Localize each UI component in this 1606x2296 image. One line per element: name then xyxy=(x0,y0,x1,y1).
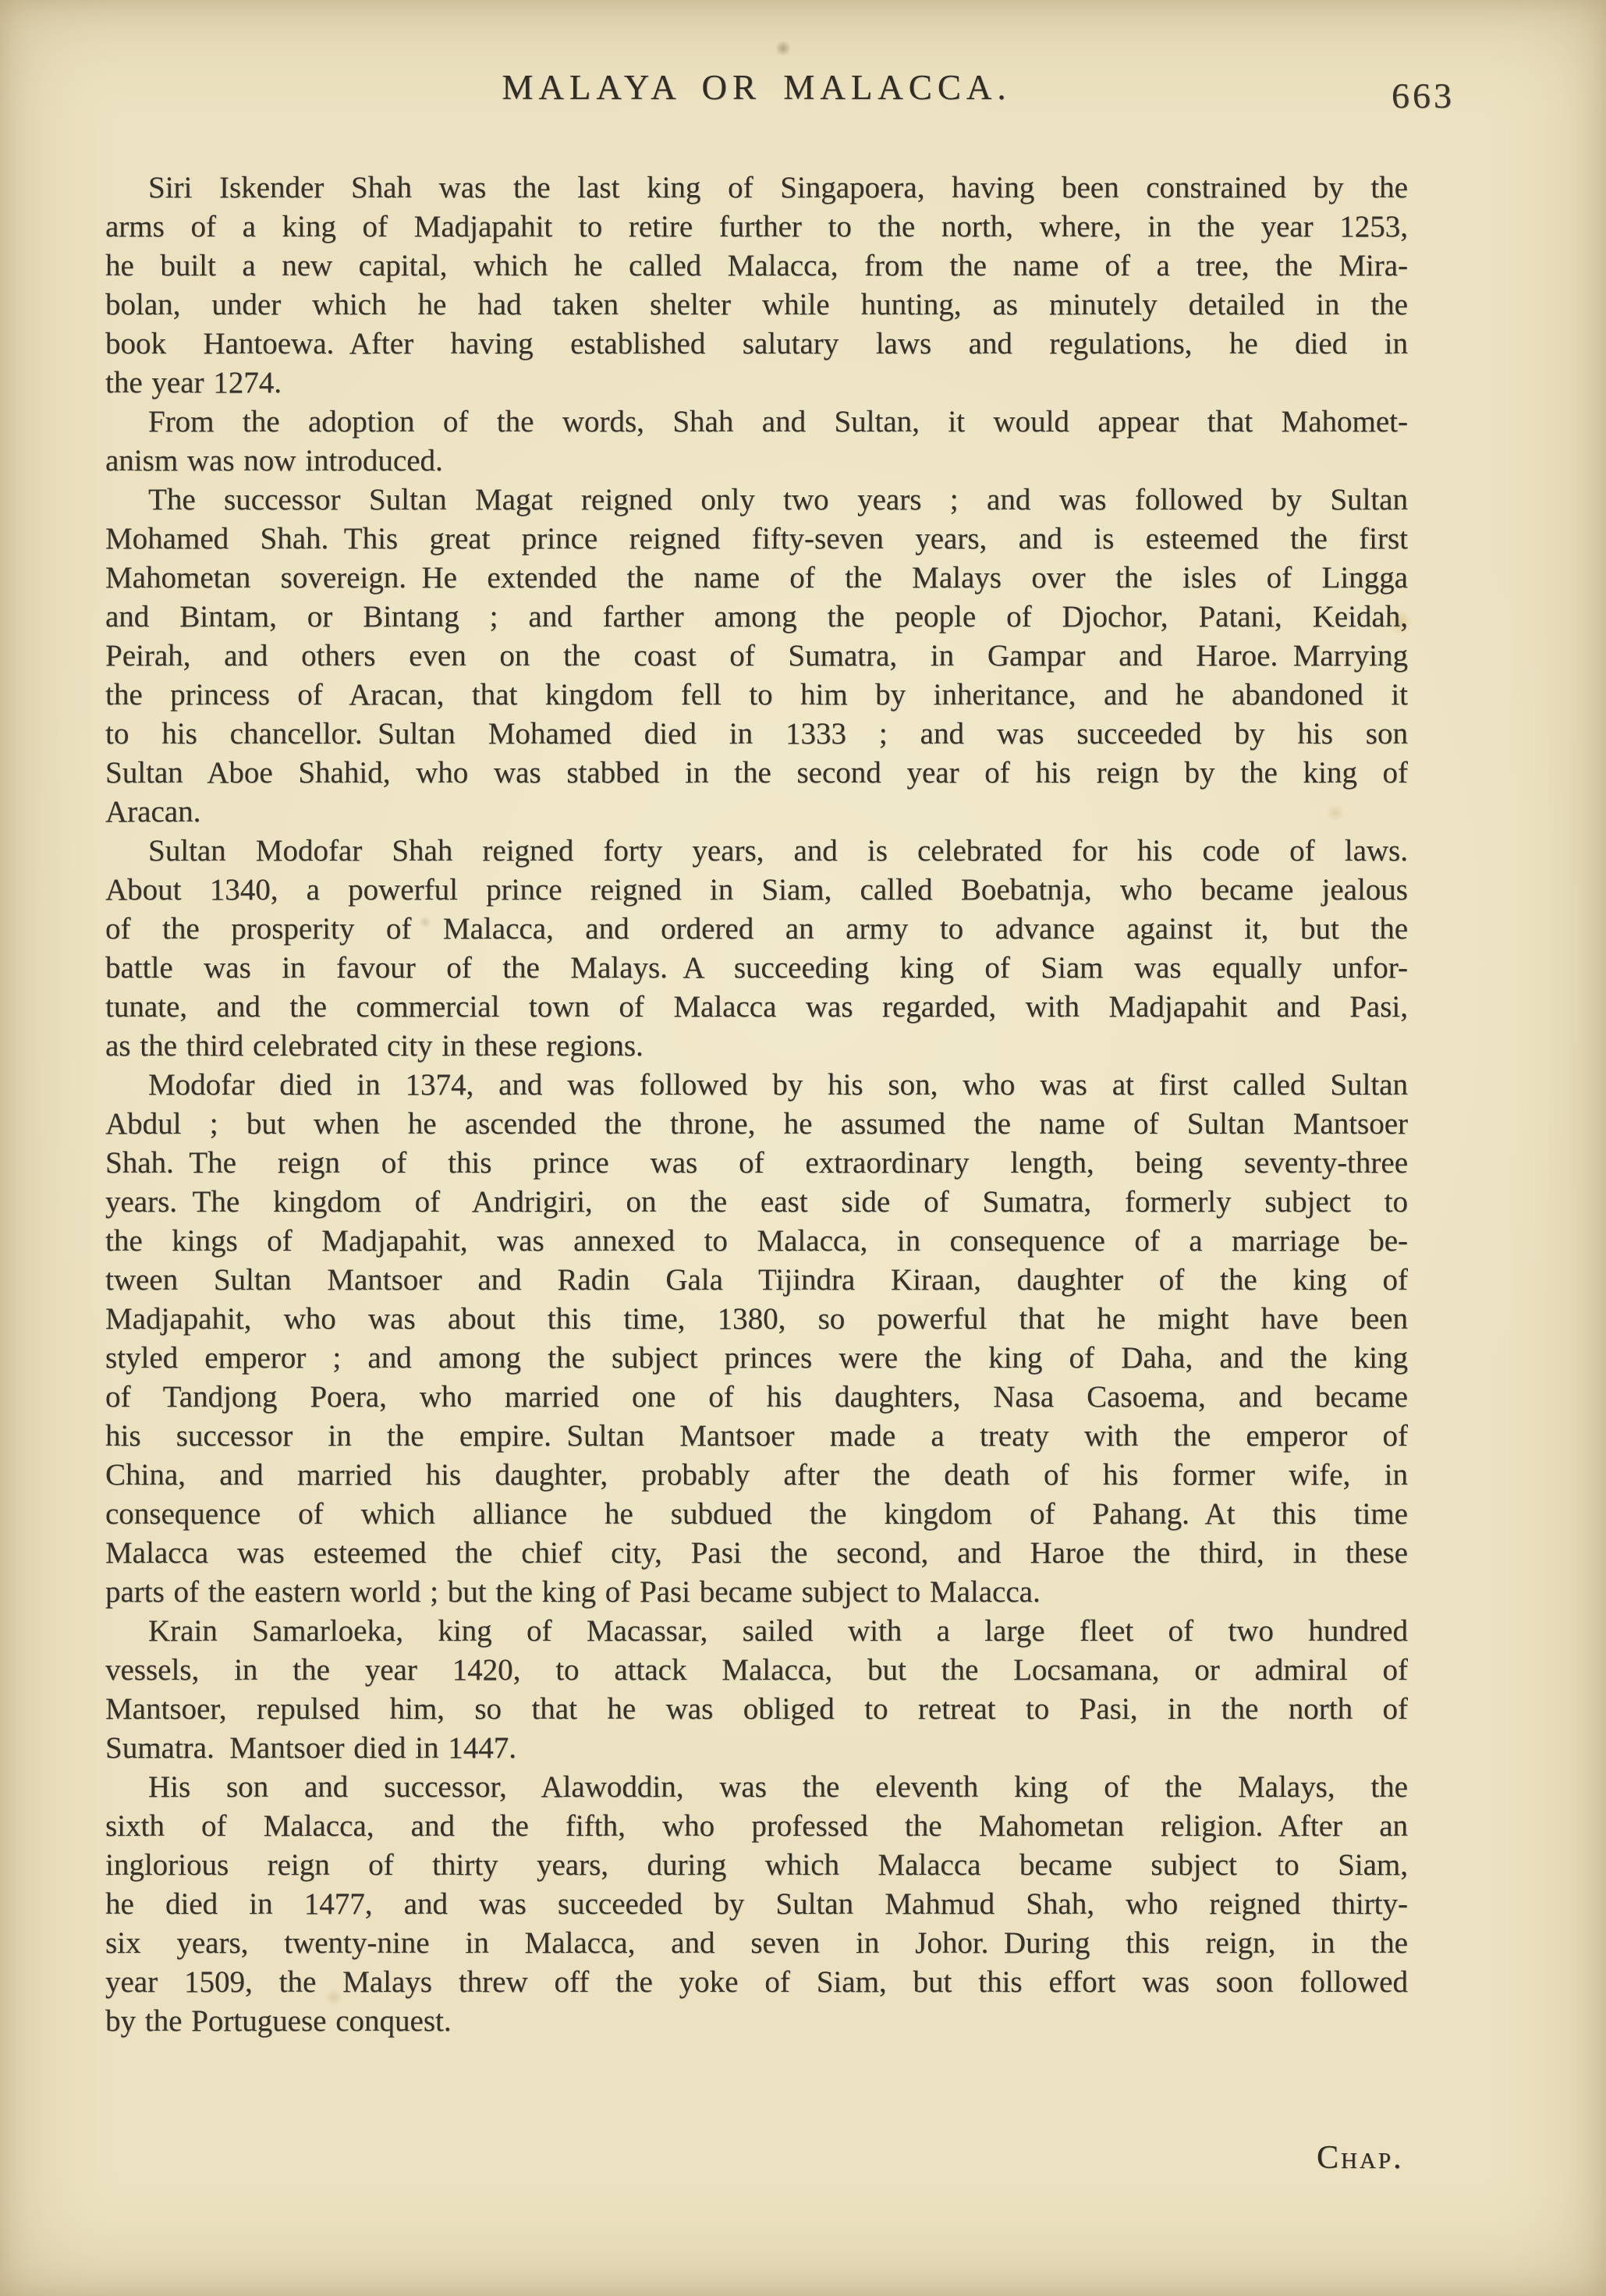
text-line: by the Portuguese conquest. xyxy=(105,2002,1408,2041)
text-line: the kings of Madjapahit, was annexed to … xyxy=(105,1222,1408,1261)
paragraph: Krain Samarloeka, king of Macassar, sail… xyxy=(105,1612,1408,1768)
text-line: Mantsoer, repulsed him, so that he was o… xyxy=(105,1690,1408,1729)
text-line: Mohamed Shah. This great prince reigned … xyxy=(105,520,1408,559)
text-line: Siri Iskender Shah was the last king of … xyxy=(105,169,1408,208)
text-line: of Tandjong Poera, who married one of hi… xyxy=(105,1378,1408,1417)
text-line: book Hantoewa. After having established … xyxy=(105,325,1408,364)
paragraph: Siri Iskender Shah was the last king of … xyxy=(105,169,1408,403)
body-text: Siri Iskender Shah was the last king of … xyxy=(105,169,1408,2041)
text-line: vessels, in the year 1420, to attack Mal… xyxy=(105,1651,1408,1690)
text-line: battle was in favour of the Malays. A su… xyxy=(105,949,1408,988)
text-line: consequence of which alliance he subdued… xyxy=(105,1495,1408,1534)
text-line: he built a new capital, which he called … xyxy=(105,247,1408,286)
text-line: Peirah, and others even on the coast of … xyxy=(105,637,1408,676)
text-line: His son and successor, Alawoddin, was th… xyxy=(105,1768,1408,1807)
text-line: Mahometan sovereign. He extended the nam… xyxy=(105,559,1408,598)
text-line: the year 1274. xyxy=(105,364,1408,403)
paragraph: Modofar died in 1374, and was followed b… xyxy=(105,1066,1408,1612)
text-line: he died in 1477, and was succeeded by Su… xyxy=(105,1885,1408,1924)
text-line: anism was now introduced. xyxy=(105,442,1408,481)
book-page: MALAYA OR MALACCA. 663 Siri Iskender Sha… xyxy=(0,0,1606,2296)
text-line: six years, twenty-nine in Malacca, and s… xyxy=(105,1924,1408,1963)
text-line: China, and married his daughter, probabl… xyxy=(105,1456,1408,1495)
text-line: tunate, and the commercial town of Malac… xyxy=(105,988,1408,1027)
text-line: Malacca was esteemed the chief city, Pas… xyxy=(105,1534,1408,1573)
text-line: bolan, under which he had taken shelter … xyxy=(105,286,1408,325)
text-line: Sumatra. Mantsoer died in 1447. xyxy=(105,1729,1408,1768)
paragraph: The successor Sultan Magat reigned only … xyxy=(105,481,1408,832)
page-number: 663 xyxy=(1392,75,1455,116)
text-line: as the third celebrated city in these re… xyxy=(105,1027,1408,1066)
text-line: and Bintam, or Bintang ; and farther amo… xyxy=(105,598,1408,637)
text-line: the princess of Aracan, that kingdom fel… xyxy=(105,676,1408,715)
running-title: MALAYA OR MALACCA. xyxy=(105,67,1408,108)
text-line: Madjapahit, who was about this time, 138… xyxy=(105,1300,1408,1339)
text-line: styled emperor ; and among the subject p… xyxy=(105,1339,1408,1378)
catchword: Chap. xyxy=(1317,2139,1404,2177)
paragraph: His son and successor, Alawoddin, was th… xyxy=(105,1768,1408,2041)
text-line: Shah. The reign of this prince was of ex… xyxy=(105,1144,1408,1183)
text-line: years. The kingdom of Andrigiri, on the … xyxy=(105,1183,1408,1222)
paragraph: Sultan Modofar Shah reigned forty years,… xyxy=(105,832,1408,1066)
page-header: MALAYA OR MALACCA. 663 xyxy=(105,0,1408,123)
text-line: Krain Samarloeka, king of Macassar, sail… xyxy=(105,1612,1408,1651)
text-line: to his chancellor. Sultan Mohamed died i… xyxy=(105,715,1408,754)
text-line: inglorious reign of thirty years, during… xyxy=(105,1846,1408,1885)
text-line: parts of the eastern world ; but the kin… xyxy=(105,1573,1408,1612)
text-line: Abdul ; but when he ascended the throne,… xyxy=(105,1105,1408,1144)
text-line: tween Sultan Mantsoer and Radin Gala Tij… xyxy=(105,1261,1408,1300)
text-line: Modofar died in 1374, and was followed b… xyxy=(105,1066,1408,1105)
text-line: Sultan Aboe Shahid, who was stabbed in t… xyxy=(105,754,1408,793)
paragraph: From the adoption of the words, Shah and… xyxy=(105,403,1408,481)
text-line: From the adoption of the words, Shah and… xyxy=(105,403,1408,442)
text-line: of the prosperity of Malacca, and ordere… xyxy=(105,910,1408,949)
text-line: Sultan Modofar Shah reigned forty years,… xyxy=(105,832,1408,871)
text-line: The successor Sultan Magat reigned only … xyxy=(105,481,1408,520)
text-line: sixth of Malacca, and the fifth, who pro… xyxy=(105,1807,1408,1846)
text-line: Aracan. xyxy=(105,793,1408,832)
text-line: his successor in the empire. Sultan Mant… xyxy=(105,1417,1408,1456)
text-line: About 1340, a powerful prince reigned in… xyxy=(105,871,1408,910)
text-line: arms of a king of Madjapahit to retire f… xyxy=(105,208,1408,247)
text-line: year 1509, the Malays threw off the yoke… xyxy=(105,1963,1408,2002)
